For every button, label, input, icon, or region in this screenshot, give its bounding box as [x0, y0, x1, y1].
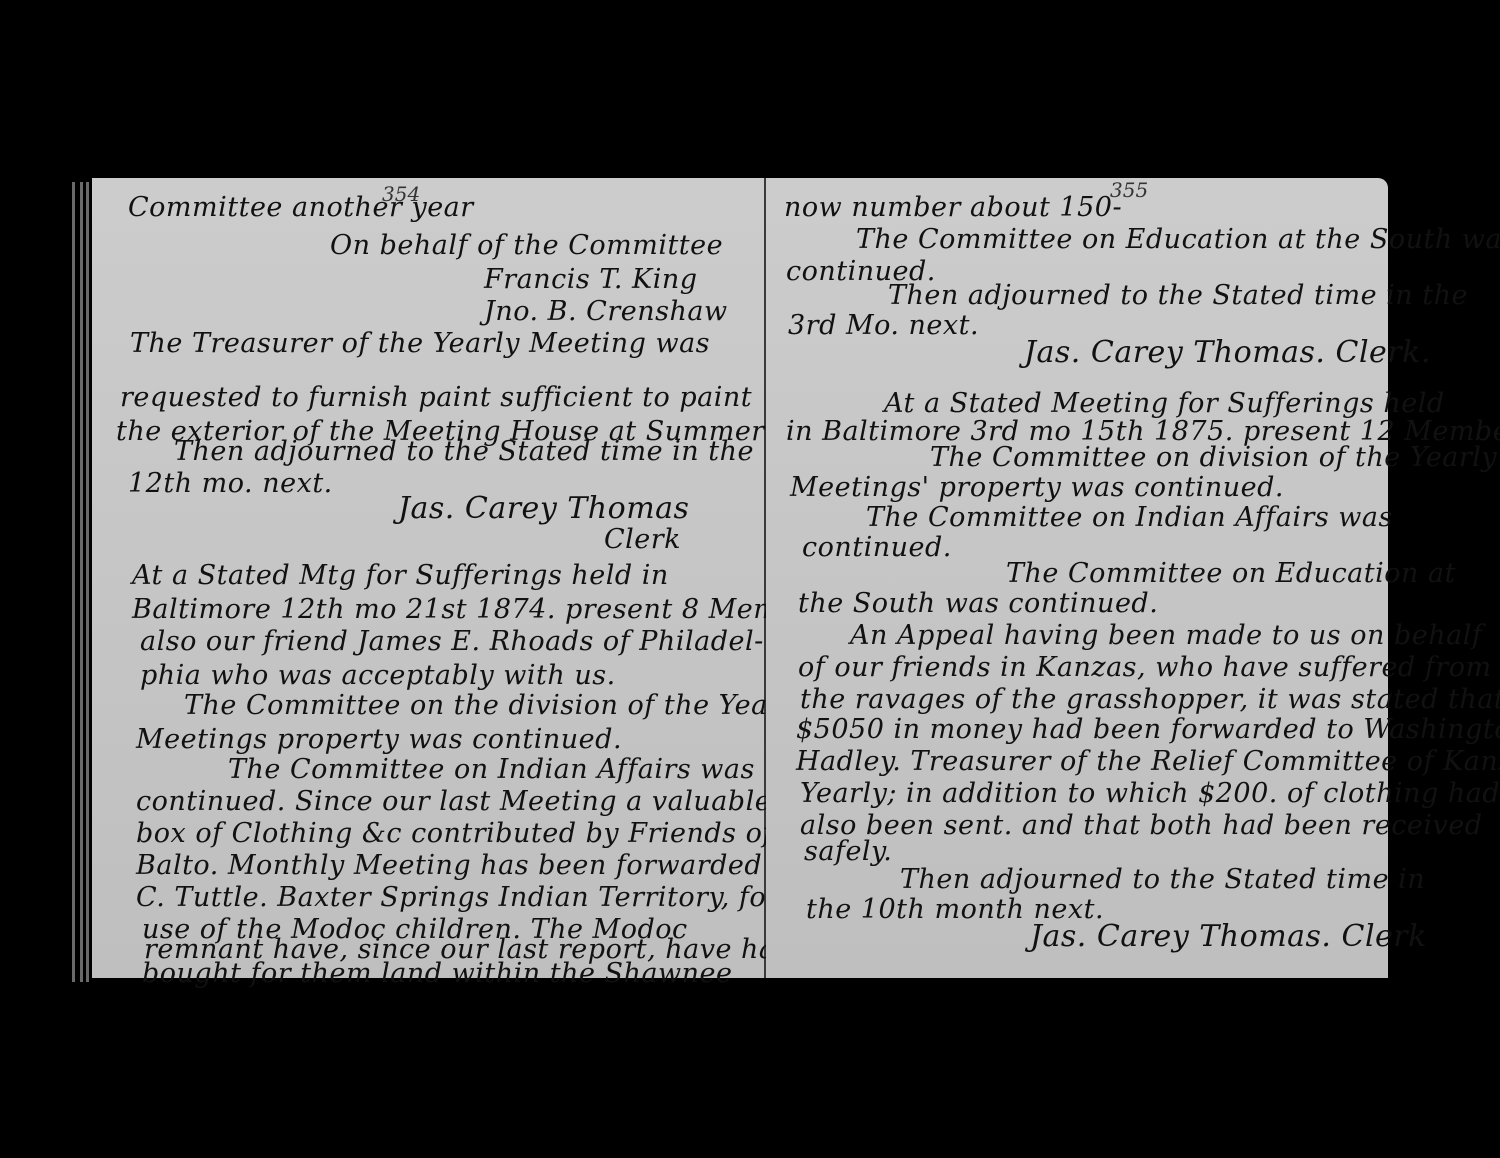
handwritten-line: the ravages of the grasshopper, it was s… [800, 686, 1500, 713]
handwritten-line: phia who was acceptably with us. [140, 662, 616, 689]
handwritten-line: An Appeal having been made to us on beha… [850, 622, 1482, 649]
handwritten-line: continued. Since our last Meeting a valu… [136, 788, 771, 815]
handwritten-line: The Committee on Education at [1006, 560, 1456, 587]
signatory-name: Jno. B. Crenshaw [484, 298, 728, 325]
signatory-name: Francis T. King [484, 266, 698, 293]
handwritten-line: At a Stated Meeting for Sufferings held [884, 390, 1445, 417]
handwritten-line: The Committee on division of the Yearly [930, 444, 1497, 471]
handwritten-line: $5050 in money had been forwarded to Was… [796, 716, 1500, 743]
handwritten-line: Meetings property was continued. [136, 726, 622, 753]
handwritten-line: requested to furnish paint sufficient to… [120, 384, 752, 411]
handwritten-line: The Committee on the division of the Yea… [184, 692, 806, 719]
left-page: 354 Committee another year On behalf of … [92, 178, 766, 978]
handwritten-line: On behalf of the Committee [330, 232, 723, 259]
handwritten-line: Then adjourned to the Stated time in the [174, 438, 754, 465]
handwritten-line: Baltimore 12th mo 21st 1874. present 8 M… [132, 596, 841, 623]
handwritten-line: the South was continued. [798, 590, 1158, 617]
handwritten-line: Then adjourned to the Stated time in the [888, 282, 1468, 309]
clerk-signature: Jas. Carey Thomas [398, 494, 689, 524]
page-edge-stack [80, 182, 83, 982]
right-page: 355 now number about 150- The Committee … [766, 178, 1388, 978]
handwritten-line: safely. [804, 838, 892, 865]
page-edge-stack [72, 182, 75, 982]
handwritten-line: 3rd Mo. next. [788, 312, 979, 339]
handwritten-line: The Treasurer of the Yearly Meeting was [130, 330, 710, 357]
handwritten-line: Yearly; in addition to which $200. of cl… [800, 780, 1500, 807]
handwritten-line: The Committee on Indian Affairs was [866, 504, 1393, 531]
page-edge-stack [86, 182, 89, 982]
handwritten-line: Hadley. Treasurer of the Relief Committe… [796, 748, 1500, 775]
handwritten-line: also been sent. and that both had been r… [800, 812, 1483, 839]
handwritten-line: 12th mo. next. [128, 470, 333, 497]
handwritten-line: of our friends in Kanzas, who have suffe… [798, 654, 1492, 681]
handwritten-line: Committee another year [128, 194, 474, 221]
handwritten-line: The Committee on Indian Affairs was [228, 756, 755, 783]
handwritten-line: At a Stated Mtg for Sufferings held in [132, 562, 669, 589]
handwritten-line: Balto. Monthly Meeting has been forwarde… [136, 852, 859, 879]
handwritten-line: Then adjourned to the Stated time in [900, 866, 1425, 893]
handwritten-line: C. Tuttle. Baxter Springs Indian Territo… [136, 884, 834, 911]
clerk-signature: Jas. Carey Thomas. Clerk [1030, 922, 1427, 952]
handwritten-line: bought for them land within the Shawnee [142, 960, 733, 987]
handwritten-line: Meetings' property was continued. [790, 474, 1284, 501]
handwritten-line: also our friend James E. Rhoads of Phila… [140, 628, 764, 655]
handwritten-line: continued. [802, 534, 952, 561]
handwritten-line: in Baltimore 3rd mo 15th 1875. present 1… [786, 418, 1500, 445]
clerk-title: Clerk [604, 526, 681, 553]
clerk-signature: Jas. Carey Thomas. Clerk. [1024, 338, 1431, 368]
handwritten-line: The Committee on Education at the South … [856, 226, 1500, 253]
handwritten-line: box of Clothing &c contributed by Friend… [136, 820, 773, 847]
handwritten-line: now number about 150- [784, 194, 1122, 221]
